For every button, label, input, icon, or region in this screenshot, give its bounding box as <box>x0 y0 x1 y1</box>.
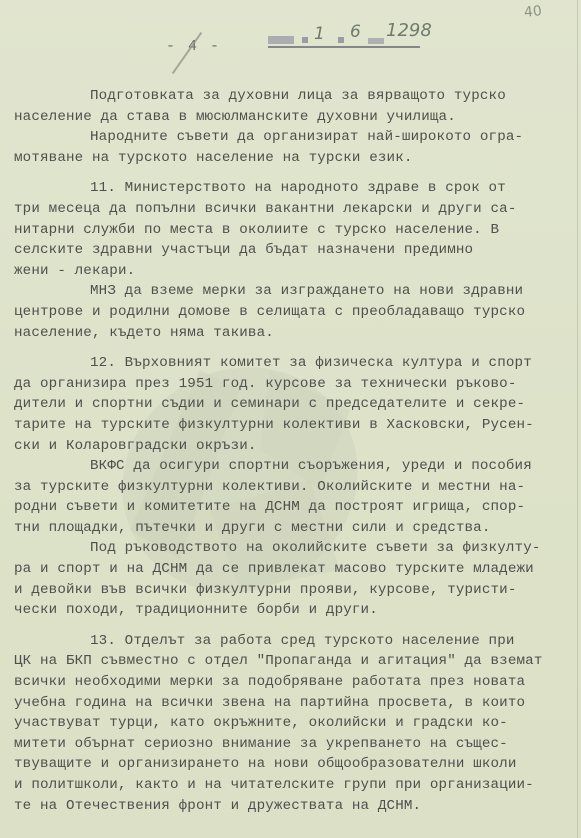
paragraph: МНЗ да вземе мерки за изграждането на но… <box>14 281 579 343</box>
text-line: центрове и родилни домове в селищата с п… <box>14 302 579 323</box>
text-line: учебна година на всички звена на партийн… <box>14 693 579 714</box>
text-line: чески походи, традиционните борби и друг… <box>14 600 579 621</box>
text-line: ВКФС да осигури спортни съоръжения, уред… <box>14 456 579 477</box>
paragraph-gap <box>14 168 579 178</box>
stamp-day: 1 <box>314 24 325 44</box>
stamp-mark <box>302 37 308 43</box>
text-line: 13. Отделът за работа сред турското насе… <box>14 631 579 652</box>
folio-number: 40 <box>523 3 542 21</box>
stamp-mark <box>368 38 384 44</box>
text-line: за турските физкултурни колективи. Околи… <box>14 477 579 498</box>
document-body: Подготовката за духовни лица за вярващот… <box>14 86 579 816</box>
text-line: мотяване на турското население на турски… <box>14 148 579 169</box>
text-line: Под ръководството на околийските съвети … <box>14 538 579 559</box>
stamp-month: 6 <box>350 22 361 42</box>
text-line: родни съвети и комитетите на ДСНМ да пос… <box>14 497 579 518</box>
paragraph: Подготовката за духовни лица за вярващот… <box>14 86 579 127</box>
text-line: 11. Министерството на народното здраве в… <box>14 178 579 199</box>
text-line: жени - лекари. <box>14 261 579 282</box>
paragraph: Под ръководството на околийските съвети … <box>14 538 579 620</box>
text-line: твуващите и организирането на нови общоо… <box>14 754 579 775</box>
paragraph-gap <box>14 621 579 631</box>
document-page: - 4 - 1 6 1298 40 Подготовката за духовн… <box>0 0 581 838</box>
paragraph: Народните съвети да организират най-широ… <box>14 127 579 168</box>
paragraph: 11. Министерството на народното здраве в… <box>14 178 579 281</box>
text-line: и девойки във всички физкултурни прояви,… <box>14 580 579 601</box>
stamp-mark <box>268 36 294 44</box>
text-line: МНЗ да вземе мерки за изграждането на но… <box>14 281 579 302</box>
text-line: да организира през 1951 год. курсове за … <box>14 374 579 395</box>
text-line: тни площадки, пътечки и други с местни с… <box>14 518 579 539</box>
text-line: ЦК на БКП съвместно с отдел "Пропаганда … <box>14 651 579 672</box>
text-line: Народните съвети да организират най-широ… <box>14 127 579 148</box>
text-line: три месеца да попълни всички вакантни ле… <box>14 199 579 220</box>
stamp-mark <box>338 37 344 43</box>
text-line: Подготовката за духовни лица за вярващот… <box>14 86 579 107</box>
paragraph: ВКФС да осигури спортни съоръжения, уред… <box>14 456 579 538</box>
text-line: и политшколи, както и на читателските гр… <box>14 775 579 796</box>
text-line: митети обърнат сериозно внимание за укре… <box>14 734 579 755</box>
text-line: селските здравни участъци да бъдат назна… <box>14 240 579 261</box>
paragraph: 13. Отделът за работа сред турското насе… <box>14 631 579 816</box>
text-line: те на Отечествения фронт и дружествата н… <box>14 796 579 817</box>
text-line: ски и Коларовградски окръзи. <box>14 436 579 457</box>
text-line: население, където няма такива. <box>14 323 579 344</box>
stamp-number: 1298 <box>386 20 432 41</box>
paragraph-gap <box>14 343 579 353</box>
text-line: население да става в мюсюлманските духов… <box>14 107 579 128</box>
text-line: участвуват турци, като окръжните, околий… <box>14 713 579 734</box>
registry-stamp: 1 6 1298 <box>268 22 428 56</box>
stamp-underline <box>268 46 420 48</box>
text-line: всички необходими мерки за подобряване р… <box>14 672 579 693</box>
paragraph: 12. Върховният комитет за физическа култ… <box>14 353 579 456</box>
text-line: нитарни служби по места в околиите с тур… <box>14 220 579 241</box>
text-line: 12. Върховният комитет за физическа култ… <box>14 353 579 374</box>
text-line: дители и спортни съдии и семинари с пред… <box>14 394 579 415</box>
text-line: тарите на турските физкултурни колективи… <box>14 415 579 436</box>
text-line: ра и спорт и на ДСНМ да се привлекат мас… <box>14 559 579 580</box>
